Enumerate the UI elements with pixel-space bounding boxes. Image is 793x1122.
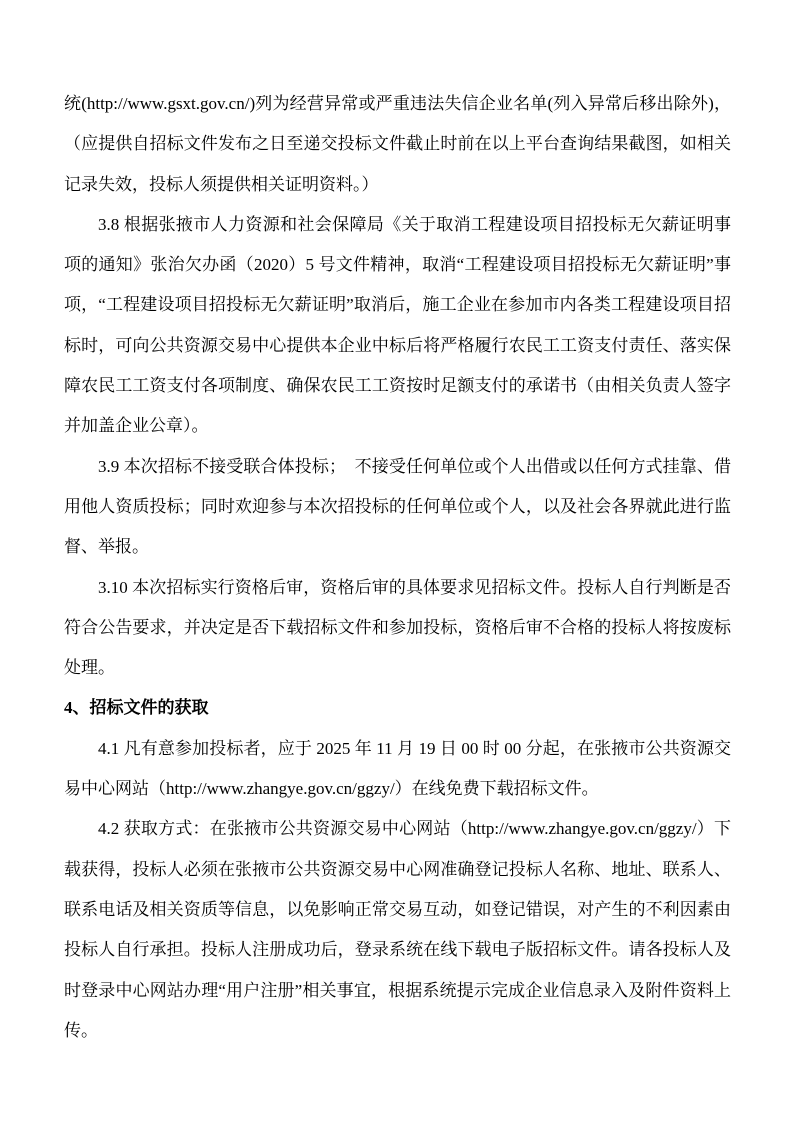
paragraph-clause-4-2: 4.2 获取方式：在张掖市公共资源交易中心网站（http://www.zhang… bbox=[64, 809, 731, 1051]
document-page: 统(http://www.gsxt.gov.cn/)列为经营异常或严重违法失信企… bbox=[0, 0, 793, 1122]
paragraph-continuation: 统(http://www.gsxt.gov.cn/)列为经营异常或严重违法失信企… bbox=[64, 84, 731, 205]
paragraph-clause-3-8: 3.8 根据张掖市人力资源和社会保障局《关于取消工程建设项目招投标无欠薪证明事项… bbox=[64, 205, 731, 447]
section-heading-4: 4、招标文件的获取 bbox=[64, 688, 731, 728]
paragraph-clause-4-1: 4.1 凡有意参加投标者，应于 2025 年 11 月 19 日 00 时 00… bbox=[64, 729, 731, 810]
paragraph-clause-3-9: 3.9 本次招标不接受联合体投标； 不接受任何单位或个人出借或以任何方式挂靠、借… bbox=[64, 447, 731, 568]
paragraph-clause-3-10: 3.10 本次招标实行资格后审，资格后审的具体要求见招标文件。投标人自行判断是否… bbox=[64, 568, 731, 689]
